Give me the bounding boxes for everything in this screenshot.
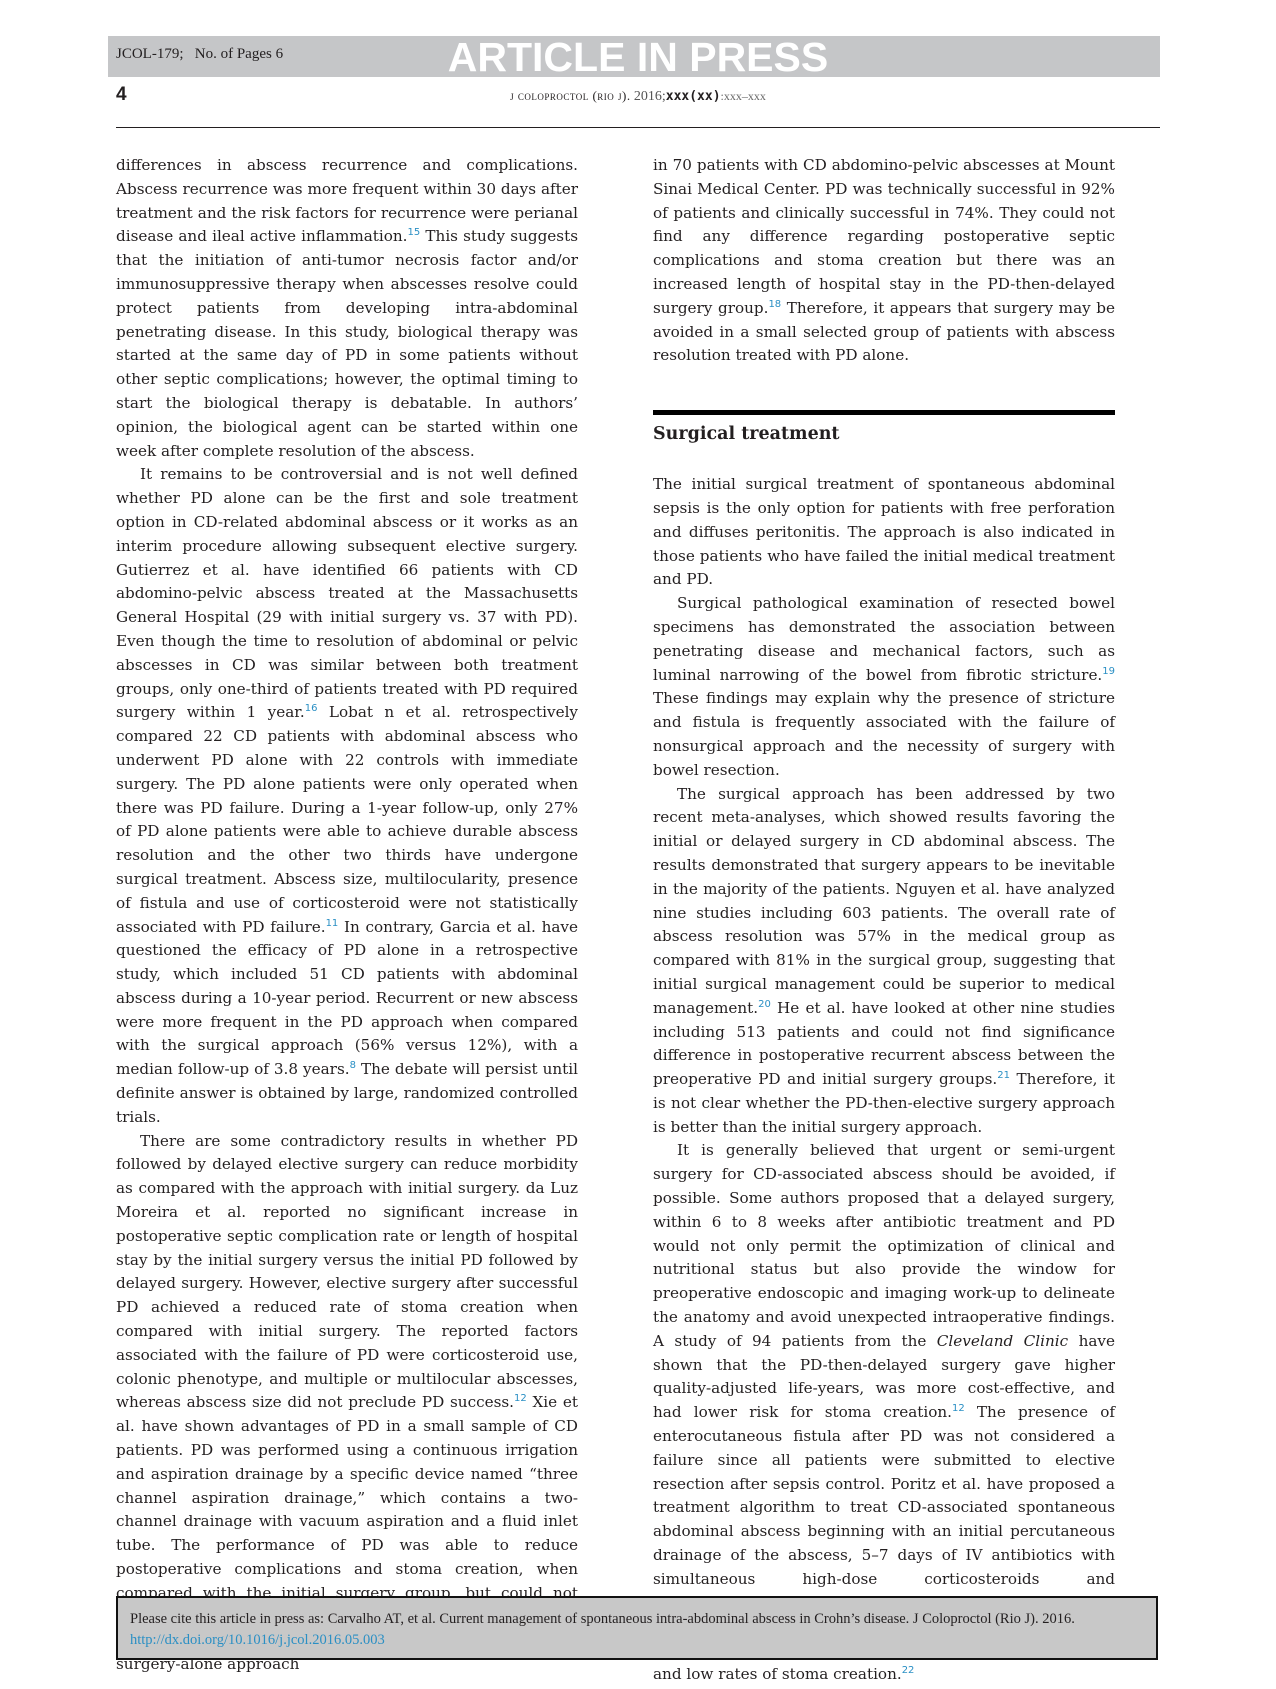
left-column: differences in abscess recurrence and co… bbox=[116, 154, 578, 1677]
text: These findings may explain why the prese… bbox=[653, 689, 1115, 778]
reference-link[interactable]: 18 bbox=[768, 299, 781, 310]
journal-name: j coloproctol (rio j). bbox=[510, 88, 631, 103]
text: The surgical approach has been addressed… bbox=[653, 785, 1115, 1017]
text: Xie et al. have shown advantages of PD i… bbox=[116, 1393, 578, 1625]
citation-box: Please cite this article in press as: Ca… bbox=[116, 1596, 1158, 1660]
reference-link[interactable]: 11 bbox=[326, 918, 339, 929]
paragraph: The surgical approach has been addressed… bbox=[653, 783, 1115, 1140]
italic-text: Cleveland Clinic bbox=[937, 1332, 1068, 1350]
reference-link[interactable]: 20 bbox=[758, 999, 771, 1010]
header-divider bbox=[116, 127, 1160, 128]
text: It remains to be controversial and is no… bbox=[116, 465, 578, 721]
paragraph: Surgical pathological examination of res… bbox=[653, 592, 1115, 782]
journal-running-head: j coloproctol (rio j). 2016;xxx(xx):xxx–… bbox=[0, 88, 1276, 105]
text: Lobat n et al. retrospectively compared … bbox=[116, 703, 578, 935]
reference-link[interactable]: 22 bbox=[902, 1665, 915, 1676]
reference-link[interactable]: 12 bbox=[952, 1403, 965, 1414]
paragraph: differences in abscess recurrence and co… bbox=[116, 154, 578, 463]
right-column: in 70 patients with CD abdomino-pelvic a… bbox=[653, 154, 1115, 1687]
section-divider bbox=[653, 410, 1115, 415]
citation-text: Please cite this article in press as: Ca… bbox=[130, 1611, 1075, 1627]
text: There are some contradictory results in … bbox=[116, 1132, 578, 1412]
section-heading: Surgical treatment bbox=[653, 423, 1115, 445]
text: This study suggests that the initiation … bbox=[116, 227, 578, 459]
text: It is generally believed that urgent or … bbox=[653, 1141, 1115, 1349]
reference-link[interactable]: 21 bbox=[997, 1070, 1010, 1081]
text: in 70 patients with CD abdomino-pelvic a… bbox=[653, 156, 1115, 317]
journal-year: 2016; bbox=[634, 89, 666, 104]
reference-link[interactable]: 16 bbox=[305, 703, 318, 714]
text: In contrary, Garcia et al. have question… bbox=[116, 918, 578, 1079]
paragraph: There are some contradictory results in … bbox=[116, 1130, 578, 1677]
journal-volume: xxx(xx) bbox=[666, 89, 721, 104]
paragraph: The initial surgical treatment of sponta… bbox=[653, 473, 1115, 592]
paragraph: It remains to be controversial and is no… bbox=[116, 463, 578, 1129]
journal-pages: :xxx–xxx bbox=[721, 89, 766, 103]
reference-link[interactable]: 12 bbox=[514, 1393, 527, 1404]
reference-link[interactable]: 19 bbox=[1102, 666, 1115, 677]
paragraph: in 70 patients with CD abdomino-pelvic a… bbox=[653, 154, 1115, 368]
doi-link[interactable]: http://dx.doi.org/10.1016/j.jcol.2016.05… bbox=[130, 1632, 385, 1648]
text: Surgical pathological examination of res… bbox=[653, 594, 1115, 683]
banner-title: ARTICLE IN PRESS bbox=[0, 34, 1276, 80]
reference-link[interactable]: 15 bbox=[408, 227, 421, 238]
